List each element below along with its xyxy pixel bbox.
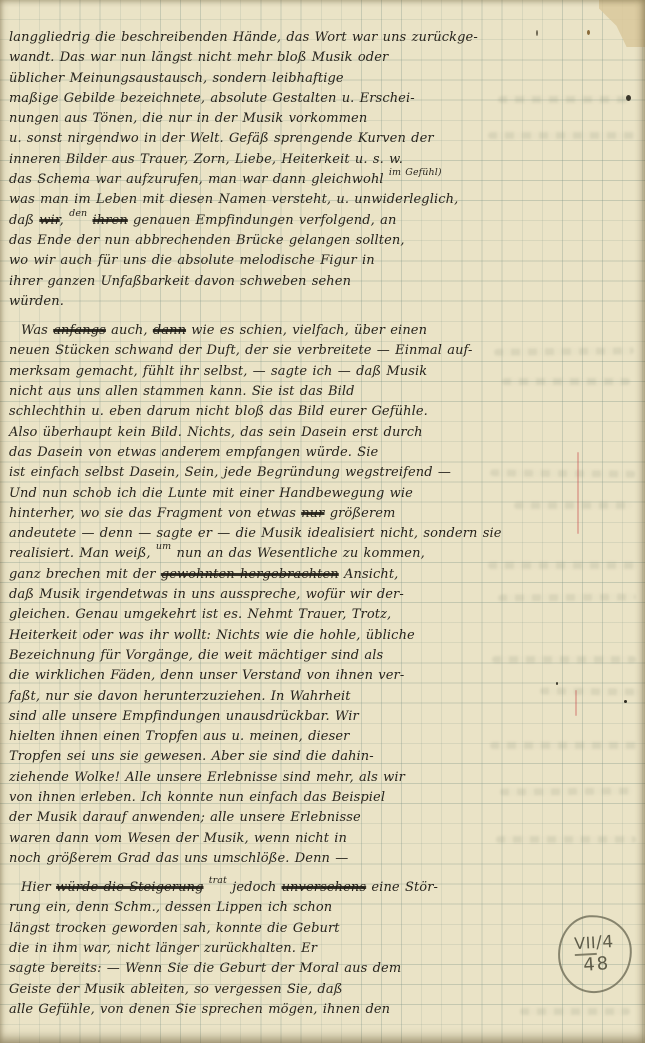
bleed-through-smudge bbox=[488, 562, 638, 569]
manuscript-line: nungen aus Tönen, die nur in der Musik v… bbox=[9, 109, 495, 129]
manuscript-line: schlechthin u. eben darum nicht bloß das… bbox=[9, 402, 495, 422]
bleed-through-smudge bbox=[488, 132, 636, 139]
manuscript-line: Bezeichnung für Vorgänge, die weit mächt… bbox=[9, 646, 495, 666]
bleed-through-smudge bbox=[494, 347, 634, 355]
archive-slash-number: /4 bbox=[596, 932, 615, 953]
manuscript-line: Geiste der Musik ableiten, so vergessen … bbox=[9, 980, 495, 1000]
manuscript-line: würden. bbox=[9, 292, 495, 312]
archive-number-upper: VII/4 bbox=[574, 932, 614, 954]
manuscript-line: langgliedrig die beschreibenden Hände, d… bbox=[9, 28, 495, 48]
manuscript-line: ihrer ganzen Unfaßbarkeit davon schweben… bbox=[9, 272, 495, 292]
ink-speck bbox=[556, 682, 558, 685]
manuscript-line: neuen Stücken schwand der Duft, der sie … bbox=[9, 341, 495, 361]
ink-speck bbox=[626, 95, 631, 101]
manuscript-line: faßt, nur sie davon herunterzuziehen. In… bbox=[9, 687, 495, 707]
manuscript-line: Heiterkeit oder was ihr wollt: Nichts wi… bbox=[9, 626, 495, 646]
ink-speck bbox=[587, 30, 590, 35]
manuscript-line: die in ihm war, nicht länger zurückhalte… bbox=[9, 939, 495, 959]
manuscript-paragraph: Was anfangs auch, dann wie es schien, vi… bbox=[9, 321, 495, 869]
manuscript-line: Und nun schob ich die Lunte mit einer Ha… bbox=[9, 484, 495, 504]
bleed-through-smudge bbox=[540, 687, 640, 695]
red-fiber-mark bbox=[575, 690, 577, 716]
bleed-through-smudge bbox=[490, 469, 636, 477]
manuscript-line: u. sonst nirgendwo in der Welt. Gefäß sp… bbox=[9, 129, 495, 149]
manuscript-paragraph: langgliedrig die beschreibenden Hände, d… bbox=[9, 28, 495, 312]
manuscript-line: ist einfach selbst Dasein, Sein, jede Be… bbox=[9, 463, 495, 483]
manuscript-line: hinterher, wo sie das Fragment von etwas… bbox=[9, 504, 495, 524]
manuscript-line: hielten ihnen einen Tropfen aus u. meine… bbox=[9, 727, 495, 747]
manuscript-line: Also überhaupt kein Bild. Nichts, das se… bbox=[9, 423, 495, 443]
manuscript-line: Hier würde die Steigerung trat jedoch un… bbox=[9, 878, 495, 898]
archive-roman-numeral: VII bbox=[574, 933, 597, 956]
manuscript-line: sagte bereits: — Wenn Sie die Geburt der… bbox=[9, 959, 495, 979]
bleed-through-smudge bbox=[490, 742, 638, 749]
manuscript-line: wo wir auch für uns die absolute melodis… bbox=[9, 251, 495, 271]
manuscript-line: ziehende Wolke! Alle unsere Erlebnisse s… bbox=[9, 768, 495, 788]
manuscript-line: von ihnen erleben. Ich konnte nun einfac… bbox=[9, 788, 495, 808]
bleed-through-smudge bbox=[496, 836, 636, 843]
manuscript-line: merksam gemacht, fühlt ihr selbst, — sag… bbox=[9, 362, 495, 382]
manuscript-line: waren dann vom Wesen der Musik, wenn nic… bbox=[9, 829, 495, 849]
manuscript-line: andeutete — denn — sagte er — die Musik … bbox=[9, 524, 495, 544]
manuscript-line: das Ende der nun abbrechenden Brücke gel… bbox=[9, 231, 495, 251]
manuscript-line: alle Gefühle, von denen Sie sprechen mög… bbox=[9, 1000, 495, 1020]
manuscript-line: Was anfangs auch, dann wie es schien, vi… bbox=[9, 321, 495, 341]
bleed-through-smudge bbox=[498, 96, 630, 103]
manuscript-line: das Schema war aufzurufen, man war dann … bbox=[9, 170, 495, 190]
manuscript-line: das Dasein von etwas anderem empfangen w… bbox=[9, 443, 495, 463]
bleed-through-smudge bbox=[498, 594, 636, 602]
manuscript-line: noch größerem Grad das uns umschlöße. De… bbox=[9, 849, 495, 869]
manuscript-line: maßige Gebilde bezeichnete, absolute Ges… bbox=[9, 89, 495, 109]
bleed-through-smudge bbox=[502, 378, 630, 385]
bleed-through-smudge bbox=[500, 787, 632, 795]
manuscript-text: langgliedrig die beschreibenden Hände, d… bbox=[9, 28, 495, 1020]
manuscript-line: rung ein, denn Schm., dessen Lippen ich … bbox=[9, 898, 495, 918]
bleed-through-smudge bbox=[492, 656, 636, 663]
manuscript-line: Tropfen sei uns sie gewesen. Aber sie si… bbox=[9, 747, 495, 767]
manuscript-line: gleichen. Genau umgekehrt ist es. Nehmt … bbox=[9, 605, 495, 625]
manuscript-line: der Musik darauf anwenden; alle unsere E… bbox=[9, 808, 495, 828]
bleed-through-smudge bbox=[520, 1008, 630, 1015]
archive-lower-number: 48 bbox=[583, 953, 611, 976]
manuscript-line: sind alle unsere Empfindungen unausdrück… bbox=[9, 707, 495, 727]
manuscript-line: realisiert. Man weiß, um nun an das Wese… bbox=[9, 544, 495, 564]
manuscript-line: ganz brechen mit der gewohnten hergebrac… bbox=[9, 565, 495, 585]
ink-speck bbox=[624, 700, 627, 703]
manuscript-line: nicht aus uns allen stammen kann. Sie is… bbox=[9, 382, 495, 402]
manuscript-line: längst trocken geworden sah, konnte die … bbox=[9, 919, 495, 939]
red-fiber-mark bbox=[577, 452, 579, 534]
manuscript-line: üblicher Meinungsaustausch, sondern leib… bbox=[9, 69, 495, 89]
manuscript-line: wandt. Das war nun längst nicht mehr blo… bbox=[9, 48, 495, 68]
manuscript-page: langgliedrig die beschreibenden Hände, d… bbox=[0, 0, 645, 1043]
manuscript-line: daß wir, den ihren genauen Empfindungen … bbox=[9, 211, 495, 231]
tape-discoloration-patch bbox=[599, 0, 645, 47]
bleed-through-smudge bbox=[514, 502, 632, 509]
manuscript-paragraph: Hier würde die Steigerung trat jedoch un… bbox=[9, 878, 495, 1020]
manuscript-line: die wirklichen Fäden, denn unser Verstan… bbox=[9, 666, 495, 686]
archive-number-annotation: VII/4 48 bbox=[555, 913, 634, 996]
manuscript-line: daß Musik irgendetwas in uns ausspreche,… bbox=[9, 585, 495, 605]
ink-speck bbox=[536, 30, 538, 36]
